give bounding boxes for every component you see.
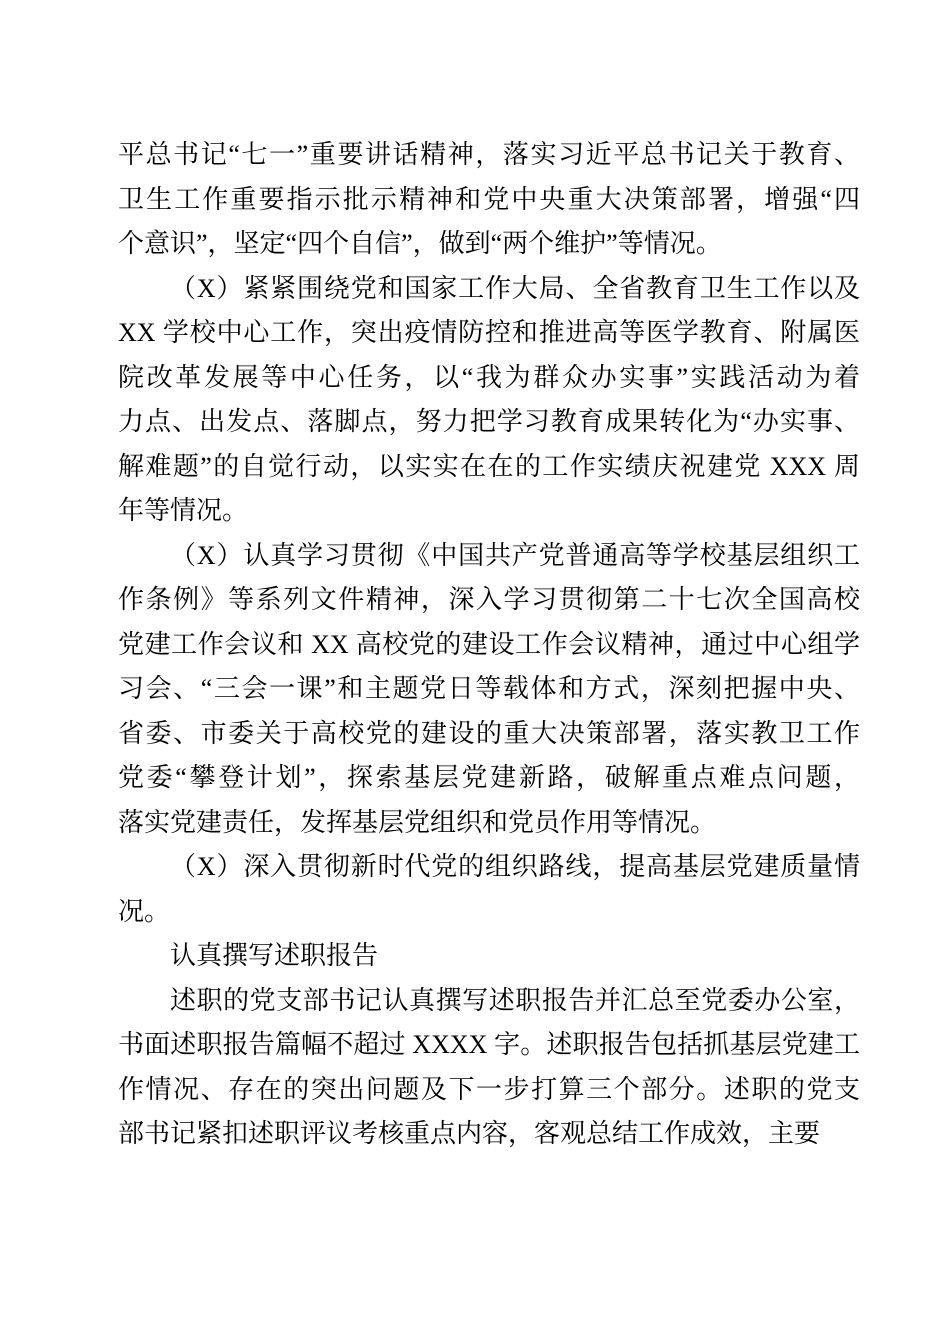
text-line: 作条例》等系列文件精神，深入学习贯彻第二十七次全国高校 (118, 578, 860, 623)
text-line: 省委、市委关于高校党的建设的重大决策部署，落实教卫工作 (118, 712, 860, 757)
text-line: 况。 (118, 890, 860, 935)
text-line: （X）认真学习贯彻《中国共产党普通高等学校基层组织工 (118, 534, 860, 579)
text-line: 落实党建责任，发挥基层党组织和党员作用等情况。 (118, 801, 860, 846)
text-line: 年等情况。 (118, 489, 860, 534)
document-page: 平总书记“七一”重要讲话精神，落实习近平总书记关于教育、卫生工作重要指示批示精神… (0, 0, 950, 1344)
text-line: （X）深入贯彻新时代党的组织路线，提高基层党建质量情 (118, 845, 860, 890)
text-line: 党建工作会议和 XX 高校党的建设工作会议精神，通过中心组学 (118, 623, 860, 668)
text-line: 习会、“三会一课”和主题党日等载体和方式，深刻把握中央、 (118, 667, 860, 712)
text-line: （X）紧紧围绕党和国家工作大局、全省教育卫生工作以及 (118, 267, 860, 312)
text-line: 卫生工作重要指示批示精神和党中央重大决策部署，增强“四 (118, 178, 860, 223)
text-line: 述职的党支部书记认真撰写述职报告并汇总至党委办公室， (118, 979, 860, 1024)
text-line: XX 学校中心工作，突出疫情防控和推进高等医学教育、附属医 (118, 311, 860, 356)
text-line: 党委“攀登计划”，探索基层党建新路，破解重点难点问题， (118, 756, 860, 801)
text-line: 平总书记“七一”重要讲话精神，落实习近平总书记关于教育、 (118, 133, 860, 178)
text-line: 院改革发展等中心任务，以“我为群众办实事”实践活动为着 (118, 356, 860, 401)
text-line: 认真撰写述职报告 (118, 934, 860, 979)
text-line: 解难题”的自觉行动，以实实在在的工作实绩庆祝建党 XXX 周 (118, 445, 860, 490)
text-line: 部书记紧扣述职评议考核重点内容，客观总结工作成效，主要 (118, 1112, 860, 1157)
text-line: 力点、出发点、落脚点，努力把学习教育成果转化为“办实事、 (118, 400, 860, 445)
document-text-block: 平总书记“七一”重要讲话精神，落实习近平总书记关于教育、卫生工作重要指示批示精神… (118, 133, 860, 1157)
text-line: 书面述职报告篇幅不超过 XXXX 字。述职报告包括抓基层党建工 (118, 1023, 860, 1068)
text-line: 作情况、存在的突出问题及下一步打算三个部分。述职的党支 (118, 1068, 860, 1113)
text-line: 个意识”，坚定“四个自信”，做到“两个维护”等情况。 (118, 222, 860, 267)
